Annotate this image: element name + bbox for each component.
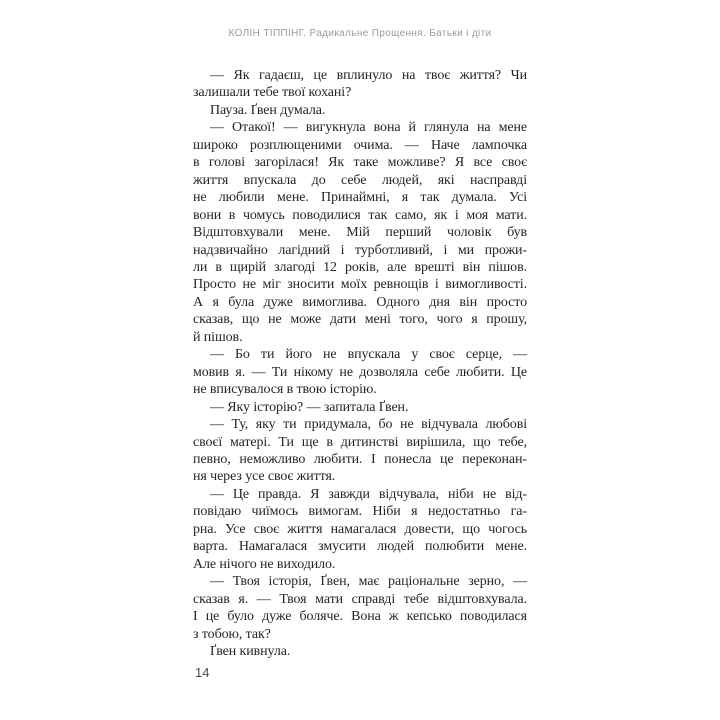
text-line: Але нічого не виходило.: [193, 556, 527, 573]
book-page: КОЛІН ТІППІНГ. Радикальне Прощення. Бать…: [0, 0, 720, 720]
text-line: життя впускала до себе людей, які наспра…: [193, 172, 527, 189]
text-line: вони в чомусь поводилися так само, як і …: [193, 207, 527, 224]
text-line: певно, неможливо любити. І понесла це пе…: [193, 451, 527, 468]
text-line: — Ту, яку ти придумала, бо не відчувала …: [193, 416, 527, 433]
text-line: ня через усе своє життя.: [193, 468, 527, 485]
text-line: в голові загорілася! Як таке можливе? Я …: [193, 154, 527, 171]
text-line: — Отакої! — вигукнула вона й глянула на …: [193, 119, 527, 136]
body-text: — Як гадаєш, це вплинуло на твоє життя? …: [193, 67, 527, 660]
text-line: рна. Усе своє життя намагалася довести, …: [193, 521, 527, 538]
paragraph: — Твоя історія, Ґвен, має раціональне зе…: [193, 573, 527, 643]
paragraph: — Бо ти його не впускала у своє серце, —…: [193, 346, 527, 398]
paragraph: Ґвен кивнула.: [193, 643, 527, 660]
paragraph: — Ту, яку ти придумала, бо не відчувала …: [193, 416, 527, 486]
text-line: сказав я. — Твоя мати справді тебе відшт…: [193, 591, 527, 608]
text-line: Ґвен кивнула.: [193, 643, 527, 660]
text-line: — Як гадаєш, це вплинуло на твоє життя? …: [193, 67, 527, 84]
text-line: залишали тебе твої кохані?: [193, 84, 527, 101]
text-line: не любили мене. Принаймні, я так думала.…: [193, 189, 527, 206]
text-line: А я була дуже вимоглива. Одного дня він …: [193, 294, 527, 311]
text-line: ли в щирій злагоді 12 років, але врешті …: [193, 259, 527, 276]
paragraph: — Як гадаєш, це вплинуло на твоє життя? …: [193, 67, 527, 102]
text-line: з тобою, так?: [193, 626, 527, 643]
text-line: сказав, що не може дати мені того, чого …: [193, 311, 527, 328]
paragraph: — Яку історію? — запитала Ґвен.: [193, 399, 527, 416]
text-line: — Бо ти його не впускала у своє серце, —: [193, 346, 527, 363]
text-line: Просто не міг зносити моїх ревнощів і ви…: [193, 276, 527, 293]
text-line: мовив я. — Ти нікому не дозволяла себе л…: [193, 364, 527, 381]
page-number: 14: [195, 665, 209, 680]
text-line: не вписувалося в твою історію.: [193, 381, 527, 398]
paragraph: — Отакої! — вигукнула вона й глянула на …: [193, 119, 527, 346]
text-line: й пішов.: [193, 329, 527, 346]
text-line: — Твоя історія, Ґвен, має раціональне зе…: [193, 573, 527, 590]
text-line: Відштовхували мене. Мій перший чоловік б…: [193, 224, 527, 241]
text-line: широко розплющеними очима. — Наче лампоч…: [193, 137, 527, 154]
text-line: Пауза. Ґвен думала.: [193, 102, 527, 119]
text-line: І це було дуже боляче. Вона ж кепсько по…: [193, 608, 527, 625]
text-line: — Це правда. Я завжди відчувала, ніби не…: [193, 486, 527, 503]
text-line: повідаю чиїмось вимогам. Ніби я недостат…: [193, 503, 527, 520]
text-line: варта. Намагалася змусити людей полюбити…: [193, 538, 527, 555]
text-line: — Яку історію? — запитала Ґвен.: [193, 399, 527, 416]
paragraph: Пауза. Ґвен думала.: [193, 102, 527, 119]
paragraph: — Це правда. Я завжди відчувала, ніби не…: [193, 486, 527, 573]
text-line: своєї матері. Ти ще в дитинстві вирішила…: [193, 434, 527, 451]
running-header: КОЛІН ТІППІНГ. Радикальне Прощення. Бать…: [193, 28, 527, 39]
text-line: надзвичайно лагідний і турботливий, і ми…: [193, 242, 527, 259]
